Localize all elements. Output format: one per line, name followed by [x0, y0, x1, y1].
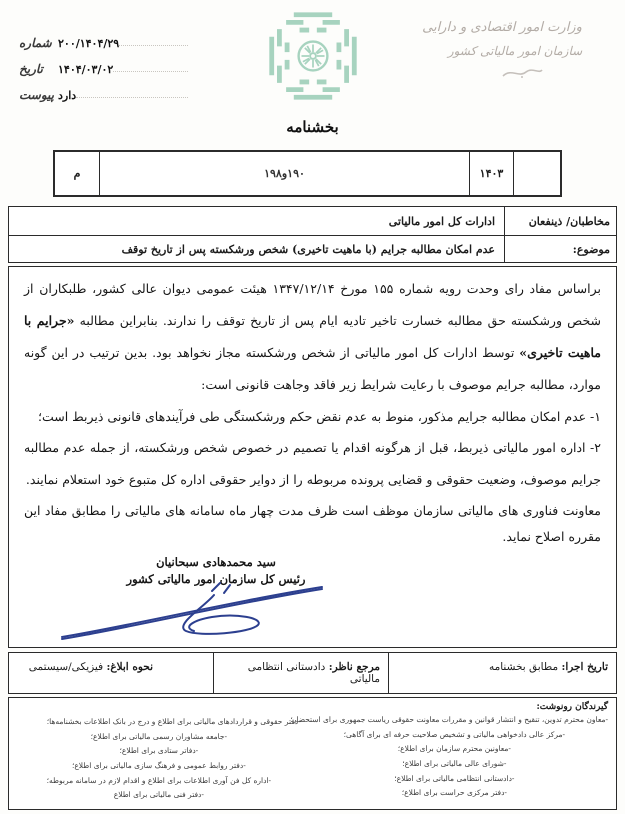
addressee-row: مخاطبان/ ذینفعان ادارات کل امور مالیاتی: [9, 207, 616, 235]
list-item-1: ۱- عدم امکان مطالبه جرایم مذکور، منوط به…: [24, 401, 601, 433]
serial-cell: [514, 152, 560, 195]
cc-item: -دفتر حقوقی و قراردادهای مالیاتی برای اط…: [17, 715, 301, 730]
articles-cell: ۱۹۰و۱۹۸: [100, 152, 470, 195]
organization-name: سازمان امور مالیاتی کشور: [397, 44, 607, 58]
signatory-name: سید محمدهادی سبحانیان: [116, 555, 316, 569]
copy-recipients-header: گیرندگان رونوشت:: [17, 702, 608, 712]
letterhead-org-block: وزارت امور اقتصادی و دارایی سازمان امور …: [397, 20, 607, 85]
addressee-label: مخاطبان/ ذینفعان: [504, 207, 616, 235]
paragraph-1-tail: توسط ادارات کل امور مالیاتی از شخص ورشکس…: [24, 345, 601, 392]
supervising-authority-label: مرجع ناظر:: [329, 661, 380, 673]
notification-method-label: نحوه ابلاغ:: [106, 661, 153, 673]
cc-item: -دفاتر ستادی برای اطلاع؛: [17, 744, 301, 759]
cc-item: -جامعه مشاوران رسمی مالیاتی برای اطلاع؛: [17, 730, 301, 745]
signature-mark: [54, 581, 354, 647]
page-title: بخشنامه: [0, 118, 625, 136]
copy-recipients-right-column: -معاون محترم تدوین، تنقیح و انتشار قوانی…: [301, 713, 608, 803]
ministry-name: وزارت امور اقتصادی و دارایی: [397, 20, 607, 35]
footer-meta-table: نحوه ابلاغ: فیزیکی/سیستمی مرجع ناظر: داد…: [8, 652, 617, 694]
list-item-2: ۲- اداره امور مالیاتی ذیربط، قبل از هرگو…: [24, 432, 601, 496]
notification-method-cell: نحوه ابلاغ: فیزیکی/سیستمی: [9, 653, 214, 693]
cc-item: -معاون محترم تدوین، تنقیح و انتشار قوانی…: [301, 713, 608, 728]
body-box: براساس مفاد رای وحدت رویه شماره ۱۵۵ مورخ…: [8, 266, 617, 648]
cc-item: -اداره کل فن آوری اطلاعات برای اطلاع و ا…: [17, 774, 301, 789]
cc-item: -معاونین محترم سازمان برای اطلاع؛: [301, 742, 608, 757]
signature-block: سید محمدهادی سبحانیان رئیس کل سازمان امو…: [116, 555, 316, 586]
paragraph-1-text: براساس مفاد رای وحدت رویه شماره ۱۵۵ مورخ…: [24, 281, 601, 328]
subject-label: موضوع:: [504, 236, 616, 263]
addressee-table: مخاطبان/ ذینفعان ادارات کل امور مالیاتی …: [8, 206, 617, 263]
subject-row: موضوع: عدم امکان مطالبه جرایم (با ماهیت …: [9, 235, 616, 263]
cc-item: -دفتر فنی مالیاتی برای اطلاع: [17, 788, 301, 803]
copy-recipients-columns: -معاون محترم تدوین، تنقیح و انتشار قوانی…: [17, 713, 608, 803]
execution-date-label: تاریخ اجرا:: [561, 661, 608, 673]
notification-method-value: فیزیکی/سیستمی: [29, 661, 103, 673]
letterhead-flourish-icon: [397, 65, 607, 85]
copy-recipients-left-column: -دفتر حقوقی و قراردادهای مالیاتی برای اط…: [17, 713, 301, 803]
document-page: { "colors": { "logo_green": "#a7d3bf", "…: [0, 0, 625, 814]
copy-recipients-box: گیرندگان رونوشت: -معاون محترم تدوین، تنق…: [8, 697, 617, 810]
type-code-cell: م: [55, 152, 100, 195]
cc-item: -دادستانی انتظامی مالیاتی برای اطلاع؛: [301, 772, 608, 787]
cc-item: -شورای عالی مالیاتی برای اطلاع؛: [301, 757, 608, 772]
year-cell: ۱۴۰۳: [470, 152, 514, 195]
paragraph-1: براساس مفاد رای وحدت رویه شماره ۱۵۵ مورخ…: [24, 273, 601, 401]
execution-date-value: مطابق بخشنامه: [489, 661, 558, 673]
subject-value: عدم امکان مطالبه جرایم (با ماهیت تاخیری)…: [9, 236, 504, 263]
cc-item: -دفتر روابط عمومی و فرهنگ سازی مالیاتی ب…: [17, 759, 301, 774]
paragraph-2: معاونت فناوری های مالیاتی سازمان موظف اس…: [24, 498, 601, 549]
classification-table: م ۱۹۰و۱۹۸ ۱۴۰۳: [53, 150, 562, 197]
supervising-authority-cell: مرجع ناظر: دادستانی انتظامی مالیاتی: [214, 653, 389, 693]
execution-date-cell: تاریخ اجرا: مطابق بخشنامه: [389, 653, 616, 693]
cc-item: -مرکز عالی دادخواهی مالیاتی و تشخیص صلاح…: [301, 728, 608, 743]
cc-item: -دفتر مرکزی حراست برای اطلاع؛: [301, 786, 608, 801]
signatory-title: رئیس کل سازمان امور مالیاتی کشور: [116, 572, 316, 586]
addressee-value: ادارات کل امور مالیاتی: [9, 207, 504, 235]
tax-administration-logo-icon: [265, 8, 361, 104]
